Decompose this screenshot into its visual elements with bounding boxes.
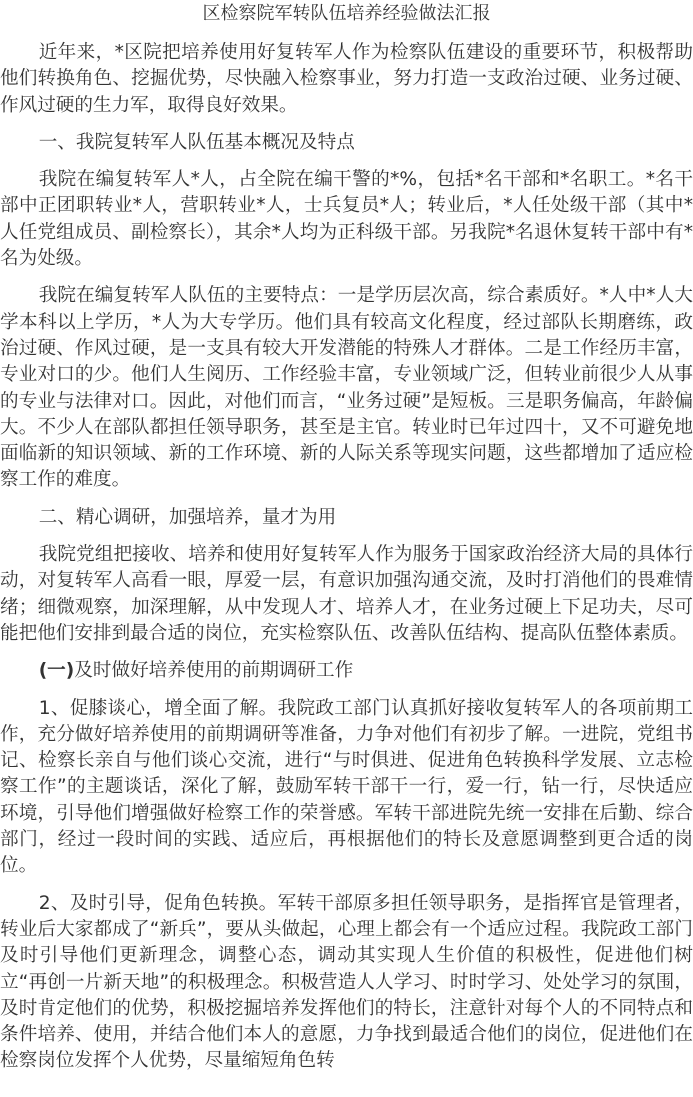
spacer	[0, 494, 693, 505]
paragraph-party-group: 我院党组把接收、培养和使用好复转军人作为服务于国家政治经济大局的具体行动，对复转…	[0, 542, 693, 647]
spacer	[0, 647, 693, 658]
spacer	[0, 156, 693, 167]
spacer	[0, 28, 693, 40]
document-title: 区检察院军转队伍培养经验做法汇报	[0, 0, 693, 28]
intro-paragraph: 近年来，*区院把培养使用好复转军人作为检察队伍建设的重要环节，积极帮助他们转换角…	[0, 40, 693, 119]
subsection-heading-1: (一)及时做好培养使用的前期调研工作	[0, 658, 693, 684]
paragraph-characteristics: 我院在编复转军人队伍的主要特点：一是学历层次高，综合素质好。*人中*人大学本科以…	[0, 283, 693, 493]
spacer	[0, 119, 693, 130]
paragraph-composition: 我院在编复转军人*人，占全院在编干警的*%，包括*名干部和*名职工。*名干部中正…	[0, 167, 693, 272]
spacer	[0, 531, 693, 542]
section-heading-2: 二、精心调研，加强培养，量才为用	[0, 505, 693, 531]
spacer	[0, 272, 693, 283]
subsection-number: (一)	[39, 660, 75, 681]
subsection-title: 及时做好培养使用的前期调研工作	[74, 660, 353, 681]
paragraph-item-2: 2、及时引导，促角色转换。军转干部原多担任领导职务，是指挥官是管理者，转业后大家…	[0, 891, 693, 1075]
paragraph-item-1: 1、促膝谈心，增全面了解。我院政工部门认真抓好接收复转军人的各项前期工作，充分做…	[0, 696, 693, 880]
section-heading-1: 一、我院复转军人队伍基本概况及特点	[0, 130, 693, 156]
spacer	[0, 685, 693, 696]
document: 区检察院军转队伍培养经验做法汇报 近年来，*区院把培养使用好复转军人作为检察队伍…	[0, 0, 693, 1075]
spacer	[0, 880, 693, 891]
